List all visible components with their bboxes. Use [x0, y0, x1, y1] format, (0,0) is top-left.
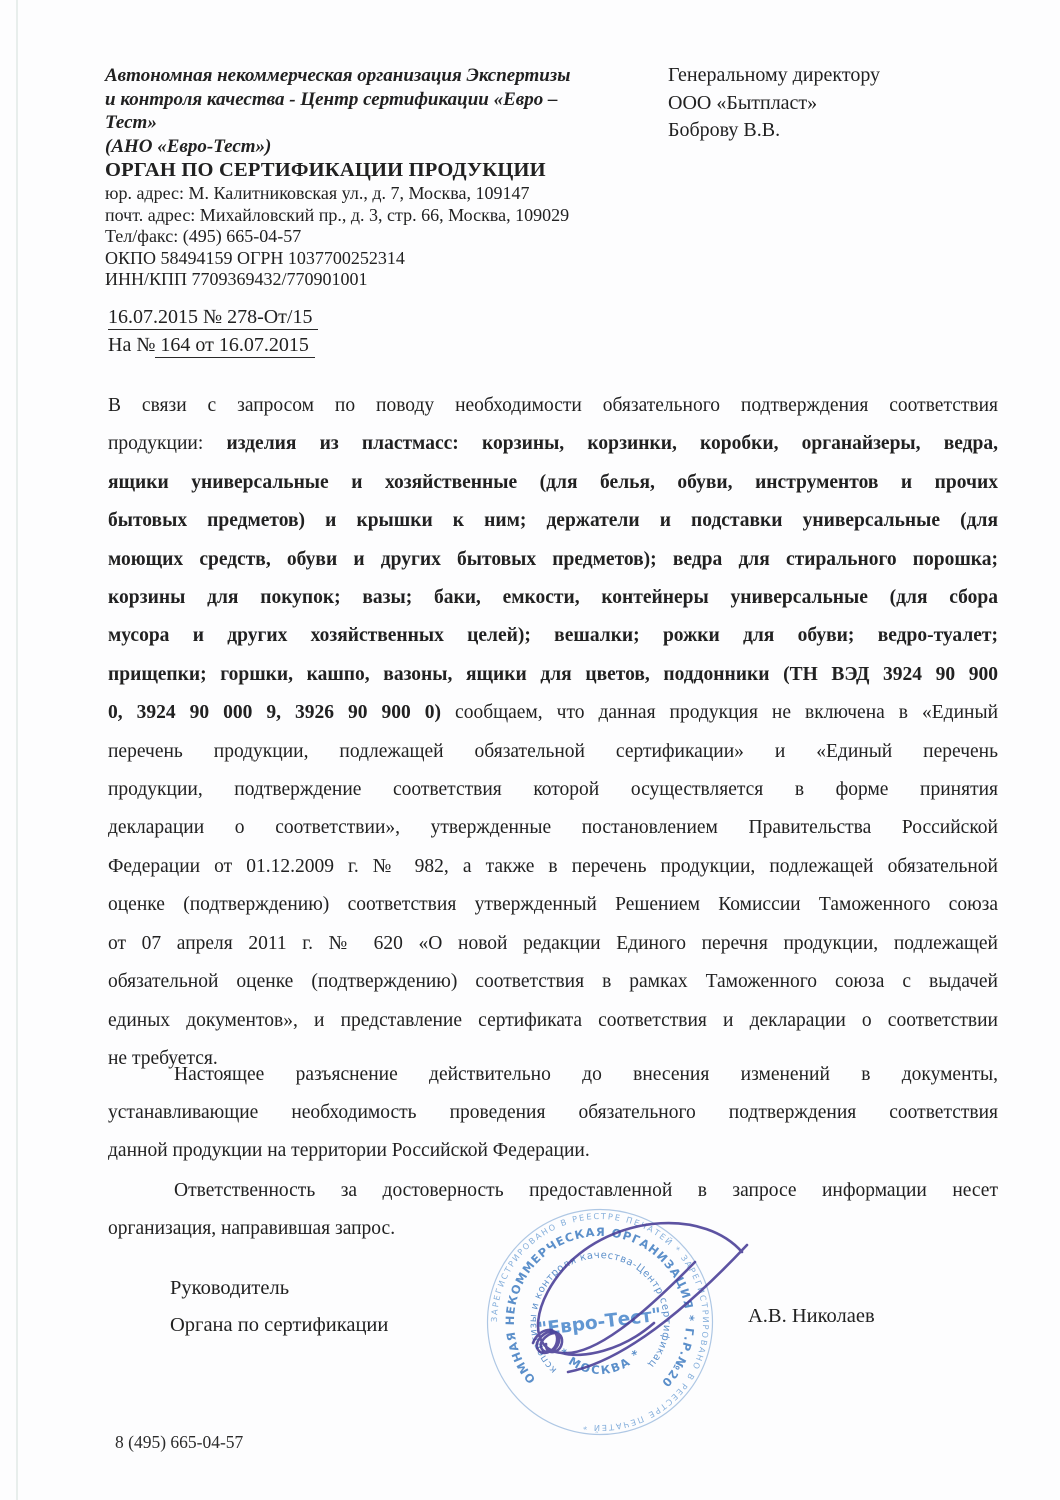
text-line: моющих средств, обуви и других бытовых п…: [108, 541, 998, 579]
text-line: бытовых предметов) и крышки к ним; держа…: [108, 502, 998, 540]
text-line: мусора и других хозяйственных целей); ве…: [108, 617, 998, 655]
text-line: единых документов», и представление серт…: [108, 1002, 998, 1040]
okpo-ogrn: ОКПО 58494159 ОГРН 1037700252314: [105, 248, 690, 270]
incoming-reference-prefix: На №: [108, 334, 155, 356]
letterhead: Автономная некоммерческая организация Эк…: [105, 64, 690, 291]
text-line: данной продукции на территории Российско…: [108, 1132, 998, 1170]
text-line: оценке (подтверждению) соответствия утве…: [108, 886, 998, 924]
text-line: от 07 апреля 2011 г. № 620 «О новой реда…: [108, 925, 998, 963]
text-line: корзины для покупок; вазы; баки, емкости…: [108, 579, 998, 617]
handwritten-signature: [470, 1200, 770, 1410]
text-line: декларации о соответствии», утвержденные…: [108, 809, 998, 847]
signer-title-line1: Руководитель: [170, 1270, 388, 1307]
text-line: 0, 3924 90 000 9, 3926 90 900 0) сообщае…: [108, 694, 998, 732]
signer-title: Руководитель Органа по сертификации: [170, 1270, 388, 1344]
org-details: юр. адрес: М. Калитниковская ул., д. 7, …: [105, 183, 690, 291]
text-line: прищепки; горшки, кашпо, вазоны, ящики д…: [108, 656, 998, 694]
legal-address: юр. адрес: М. Калитниковская ул., д. 7, …: [105, 183, 690, 205]
incoming-reference: На № 164 от 16.07.2015: [108, 334, 318, 357]
text-line: В связи с запросом по поводу необходимос…: [108, 387, 998, 425]
outgoing-reference: 16.07.2015 № 278-От/15: [108, 306, 318, 329]
scanned-letter-page: Автономная некоммерческая организация Эк…: [0, 0, 1060, 1500]
text-line: продукции: изделия из пластмасс: корзины…: [108, 425, 998, 463]
signature-e-loops-stroke: [533, 1330, 562, 1353]
text-line: ящики универсальные и хозяйственные (для…: [108, 464, 998, 502]
text-line: перечень продукции, подлежащей обязатель…: [108, 733, 998, 771]
org-short-name: (АНО «Евро-Тест»): [105, 135, 690, 159]
text-line: Федерации от 01.12.2009 г. № 982, а такж…: [108, 848, 998, 886]
text-line: обязательной оценке (подтверждению) соот…: [108, 963, 998, 1001]
inn-kpp: ИНН/КПП 7709369432/770901001: [105, 269, 690, 291]
org-title: ОРГАН ПО СЕРТИФИКАЦИИ ПРОДУКЦИИ: [105, 158, 690, 183]
signer-title-line2: Органа по сертификации: [170, 1307, 388, 1344]
body-paragraph-2: Настоящее разъяснение действительно до в…: [108, 1056, 998, 1170]
outgoing-reference-text: 16.07.2015 № 278-От/15: [108, 306, 318, 330]
incoming-reference-text: 164 от 16.07.2015: [155, 334, 314, 358]
postal-address: почт. адрес: Михайловский пр., д. 3, стр…: [105, 205, 690, 227]
text-line: Настоящее разъяснение действительно до в…: [108, 1056, 998, 1094]
text-line: устанавливающие необходимость проведения…: [108, 1094, 998, 1132]
reference-block: 16.07.2015 № 278-От/15 На № 164 от 16.07…: [108, 306, 318, 362]
footer-phone: 8 (495) 665-04-57: [115, 1432, 243, 1453]
addressee-block: Генеральному директору ООО «Бытпласт» Бо…: [668, 62, 880, 145]
text-line: продукции, подтверждение соответствия ко…: [108, 771, 998, 809]
phone-fax: Тел/факс: (495) 665-04-57: [105, 226, 690, 248]
org-name: Автономная некоммерческая организация Эк…: [105, 64, 690, 135]
body-paragraph-1: В связи с запросом по поводу необходимос…: [108, 387, 998, 1078]
